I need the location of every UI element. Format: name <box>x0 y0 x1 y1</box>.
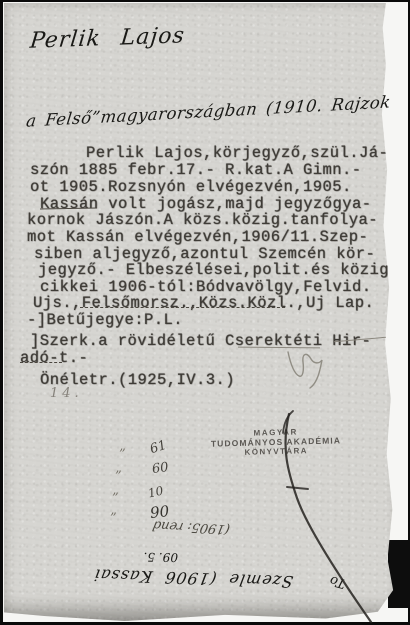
ditto-mark: ” <box>115 469 122 484</box>
typed-line: -]Betűjegye:P.L. <box>27 311 183 329</box>
margin-number: 60 <box>151 460 169 477</box>
typed-line: kornok Jászón.A közs.közig.tanfolya- <box>27 211 378 229</box>
scanned-card-page: Perlik Lajos a Felső”magyarországban (19… <box>0 0 410 625</box>
typewritten-text-block: Perlik Lajos,körjegyző,szül.Já- szón 188… <box>0 0 410 420</box>
ditto-mark: ” <box>119 447 126 462</box>
typed-line: jegyző.- Elbeszélései,polit.és közig <box>38 261 389 279</box>
typed-line: mot Kassán elvégezvén,1906/11.Szep- <box>27 228 368 246</box>
pencil-page-number: 14. <box>50 386 83 401</box>
underline-mark <box>20 362 62 363</box>
typed-line: Ujs.,Felsőmorsz.,Közs.Közl.,Uj Lap. <box>33 294 374 312</box>
typed-line: szón 1885 febr.17.- R.kat.A Gimn.- <box>30 161 362 179</box>
typed-line: ]Szerk.a rövidéletű Cserektéti Hir- <box>30 332 371 350</box>
typed-line: Perlik Lajos,körjegyző,szül.Já- <box>86 144 388 162</box>
typed-line: adó-t.- <box>20 349 88 367</box>
ditto-mark: ” <box>112 491 119 506</box>
upside-down-date-note: 09. 5. <box>132 550 178 565</box>
scan-shadow-patch <box>388 540 410 608</box>
library-stamp: MAGYAR TUDOMÁNYOS AKADÉMIA KÖNYVTÁRA <box>192 426 361 459</box>
underline-mark <box>80 307 285 308</box>
typed-line: ot 1905.Rozsnyón elvégezvén,1905. <box>30 178 352 196</box>
